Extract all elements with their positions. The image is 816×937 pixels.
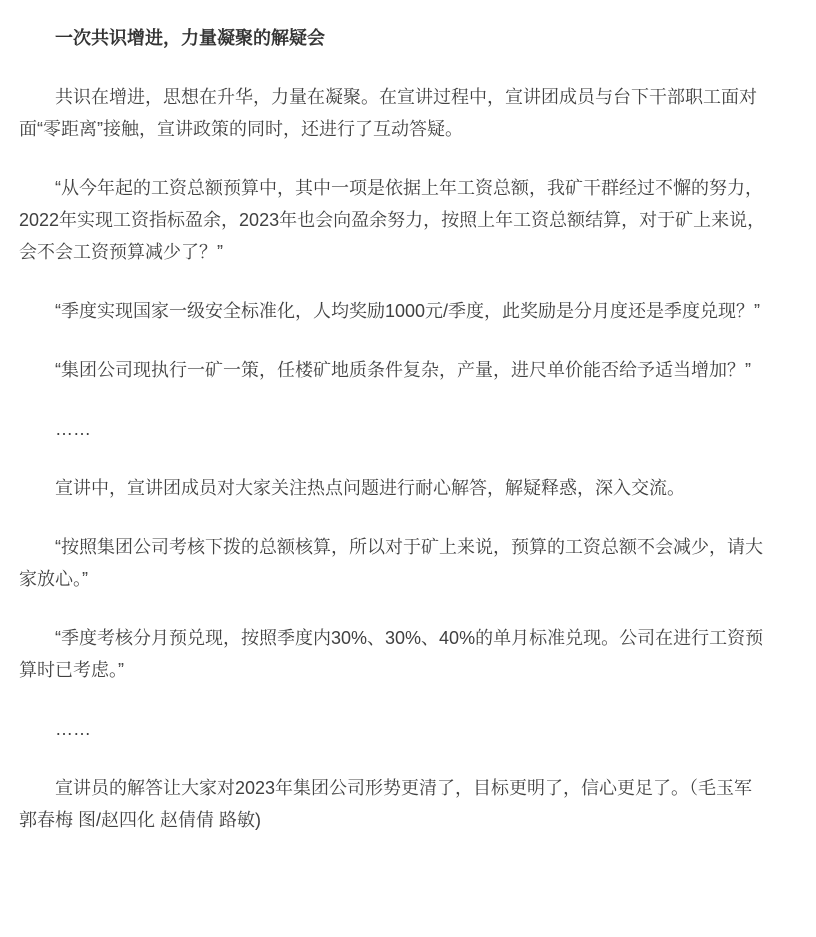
paragraph-intro: 共识在增进，思想在升华，力量在凝聚。在宣讲过程中，宣讲团成员与台下干部职工面对面… bbox=[19, 81, 769, 145]
paragraph-transition: 宣讲中，宣讲团成员对大家关注热点问题进行耐心解答，解疑释惑，深入交流。 bbox=[19, 472, 769, 504]
paragraph-question-unit-price: “集团公司现执行一矿一策，任楼矿地质条件复杂，产量，进尺单价能否给予适当增加？” bbox=[19, 354, 769, 386]
paragraph-ellipsis-2: …… bbox=[19, 713, 769, 745]
paragraph-question-wage-budget: “从今年起的工资总额预算中，其中一项是依据上年工资总额，我矿干群经过不懈的努力，… bbox=[19, 172, 769, 268]
paragraph-question-safety-bonus: “季度实现国家一级安全标准化，人均奖励1000元/季度，此奖励是分月度还是季度兑… bbox=[19, 295, 769, 327]
paragraph-ellipsis-1: …… bbox=[19, 413, 769, 445]
article-body: 一次共识增进，力量凝聚的解疑会 共识在增进，思想在升华，力量在凝聚。在宣讲过程中… bbox=[0, 0, 816, 836]
paragraph-answer-quarterly-bonus: “季度考核分月预兑现，按照季度内30%、30%、40%的单月标准兑现。公司在进行… bbox=[19, 622, 769, 686]
article-title: 一次共识增进，力量凝聚的解疑会 bbox=[19, 22, 769, 54]
paragraph-closing-credits: 宣讲员的解答让大家对2023年集团公司形势更清了，目标更明了，信心更足了。（毛玉… bbox=[19, 772, 769, 836]
paragraph-answer-wage-budget: “按照集团公司考核下拨的总额核算，所以对于矿上来说，预算的工资总额不会减少，请大… bbox=[19, 531, 769, 595]
